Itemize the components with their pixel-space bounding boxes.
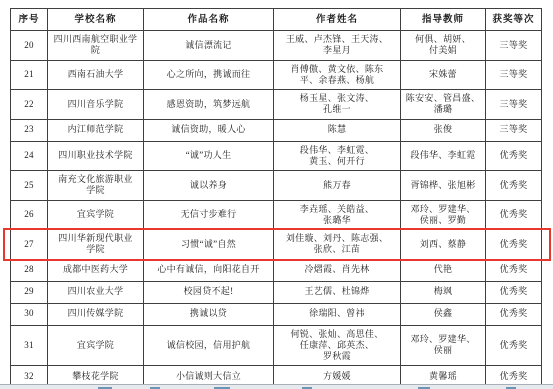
table-row: 22 四川音乐学院 感恩资助，筑梦远航 杨玉星、张文涛、 孔维一 陈安安、管昌盛… — [11, 90, 541, 120]
cell-teachers: 刘西、蔡静 — [401, 230, 486, 259]
column-header-serial: 序号 — [11, 9, 48, 30]
cell-serial: 21 — [11, 61, 48, 90]
column-header-teachers: 指导教师 — [401, 9, 486, 30]
cell-serial: 24 — [11, 142, 48, 171]
table-row: 23 内江师范学院 诚信资助，暖人心 陈慧 张俊 三等奖 — [11, 120, 541, 142]
award-table: 序号 学校名称 作品名称 作者姓名 指导教师 获奖等次 20 四川西南航空职业学… — [10, 8, 542, 388]
table-row: 21 西南石油大学 心之所向，携诚而往 肖傅傲、黄文依、陈东 平、余春燕、杨航 … — [11, 61, 541, 91]
cell-work: 感恩资助，筑梦远航 — [144, 90, 274, 119]
cell-teachers: 代艳 — [401, 260, 486, 281]
table-row: 20 四川西南航空职业学 院 诚信漂流记 王威、卢杰锋、王天涛、 李星月 何俱、… — [11, 31, 541, 61]
cell-work: 诚信校园，信用护航 — [144, 326, 274, 366]
cell-authors: 熊万春 — [274, 171, 401, 200]
cell-teachers: 梅飒 — [401, 282, 486, 303]
cell-school: 四川音乐学院 — [48, 90, 144, 119]
cell-teachers: 张俊 — [401, 120, 486, 141]
cell-authors: 李垚瑶、关皓益、 张璐华 — [274, 201, 401, 230]
cell-school: 成都中医药大学 — [48, 260, 144, 281]
cell-award: 优秀奖 — [486, 304, 541, 325]
cell-teachers: 宋姝蕾 — [401, 61, 486, 90]
window-bottom-edge — [0, 384, 553, 389]
table-row: 25 南充文化旅游职业 学院 诚以养身 熊万春 胥锦桦、张旭彬 优秀奖 — [11, 171, 541, 201]
cell-serial: 20 — [11, 31, 48, 60]
column-header-school: 学校名称 — [48, 9, 144, 30]
cell-authors: 王威、卢杰锋、王天涛、 李星月 — [274, 31, 401, 60]
cell-school: 西南石油大学 — [48, 61, 144, 90]
cell-work: 习惯“诚”自然 — [144, 230, 274, 259]
cell-serial: 27 — [11, 230, 48, 259]
cell-award: 三等奖 — [486, 31, 541, 60]
cell-award: 优秀奖 — [486, 260, 541, 281]
cell-teachers: 胥锦桦、张旭彬 — [401, 171, 486, 200]
cell-school: 四川华新现代职业 学院 — [48, 230, 144, 259]
cell-authors: 杨玉星、张文涛、 孔维一 — [274, 90, 401, 119]
cell-work: 心中有诚信，向阳花自开 — [144, 260, 274, 281]
cell-work: 校园贷不起! — [144, 282, 274, 303]
cell-work: 诚以养身 — [144, 171, 274, 200]
cell-authors: 王艺儒、杜锦烨 — [274, 282, 401, 303]
cell-teachers: 邓玲、罗建华、 侯丽、罗勤 — [401, 201, 486, 230]
cell-award: 优秀奖 — [486, 171, 541, 200]
cell-award: 优秀奖 — [486, 230, 541, 259]
cell-teachers: 邓玲、罗建华、 侯丽 — [401, 326, 486, 366]
column-header-authors: 作者姓名 — [274, 9, 401, 30]
table-row: 31 宜宾学院 诚信校园，信用护航 何锐、张灿、高思佳、 任康萍、邱英杰、 罗秋… — [11, 326, 541, 367]
cell-school: 南充文化旅游职业 学院 — [48, 171, 144, 200]
cell-authors: 冷熠霞、肖先林 — [274, 260, 401, 281]
table-row: 30 四川传媒学院 携诚以贷 徐瑞阳、曾祎 侯鑫 优秀奖 — [11, 304, 541, 326]
cell-work: 诚信资助，暖人心 — [144, 120, 274, 141]
cell-serial: 30 — [11, 304, 48, 325]
cell-authors: 段伟华、李虹霓、 黄玉、何开行 — [274, 142, 401, 171]
cell-school: 内江师范学院 — [48, 120, 144, 141]
cell-teachers: 何俱、胡妍、 付美娟 — [401, 31, 486, 60]
cell-work: 携诚以贷 — [144, 304, 274, 325]
cell-school: 四川传媒学院 — [48, 304, 144, 325]
cell-serial: 28 — [11, 260, 48, 281]
cell-serial: 31 — [11, 326, 48, 366]
table-row: 28 成都中医药大学 心中有诚信，向阳花自开 冷熠霞、肖先林 代艳 优秀奖 — [11, 260, 541, 282]
table-header-row: 序号 学校名称 作品名称 作者姓名 指导教师 获奖等次 — [11, 9, 541, 31]
cell-award: 三等奖 — [486, 61, 541, 90]
cell-work: 心之所向，携诚而往 — [144, 61, 274, 90]
cell-authors: 肖傅傲、黄文依、陈东 平、余春燕、杨航 — [274, 61, 401, 90]
cell-authors: 何锐、张灿、高思佳、 任康萍、邱英杰、 罗秋霞 — [274, 326, 401, 366]
cell-work: 诚信漂流记 — [144, 31, 274, 60]
table-row: 24 四川职业技术学院 “诚”功人生 段伟华、李虹霓、 黄玉、何开行 段伟华、李… — [11, 142, 541, 172]
cell-award: 优秀奖 — [486, 142, 541, 171]
cell-school: 四川农业大学 — [48, 282, 144, 303]
column-header-work: 作品名称 — [144, 9, 274, 30]
cell-authors: 徐瑞阳、曾祎 — [274, 304, 401, 325]
cell-school: 四川西南航空职业学 院 — [48, 31, 144, 60]
cell-authors: 陈慧 — [274, 120, 401, 141]
cell-award: 优秀奖 — [486, 282, 541, 303]
column-header-award: 获奖等次 — [486, 9, 541, 30]
cell-serial: 22 — [11, 90, 48, 119]
cell-teachers: 侯鑫 — [401, 304, 486, 325]
cell-authors: 刘佳璇、刘丹、陈志强、 张欣、江苗 — [274, 230, 401, 259]
table-row: 26 宜宾学院 无信寸步难行 李垚瑶、关皓益、 张璐华 邓玲、罗建华、 侯丽、罗… — [11, 201, 541, 231]
cell-school: 四川职业技术学院 — [48, 142, 144, 171]
cell-serial: 23 — [11, 120, 48, 141]
cell-school: 宜宾学院 — [48, 326, 144, 366]
cell-award: 三等奖 — [486, 90, 541, 119]
award-list-page: { "header": { "cols": ["序号", "学校名称", "作品… — [0, 0, 553, 389]
cell-serial: 29 — [11, 282, 48, 303]
table-row: 29 四川农业大学 校园贷不起! 王艺儒、杜锦烨 梅飒 优秀奖 — [11, 282, 541, 304]
cell-award: 优秀奖 — [486, 326, 541, 366]
cell-teachers: 陈安安、管昌盛、 潘璐 — [401, 90, 486, 119]
cell-teachers: 段伟华、李虹霓 — [401, 142, 486, 171]
cell-award: 三等奖 — [486, 120, 541, 141]
table-row-highlighted: 27 四川华新现代职业 学院 习惯“诚”自然 刘佳璇、刘丹、陈志强、 张欣、江苗… — [11, 230, 541, 260]
cell-serial: 26 — [11, 201, 48, 230]
cell-work: “诚”功人生 — [144, 142, 274, 171]
cell-work: 无信寸步难行 — [144, 201, 274, 230]
cell-award: 优秀奖 — [486, 201, 541, 230]
cell-serial: 25 — [11, 171, 48, 200]
cell-school: 宜宾学院 — [48, 201, 144, 230]
